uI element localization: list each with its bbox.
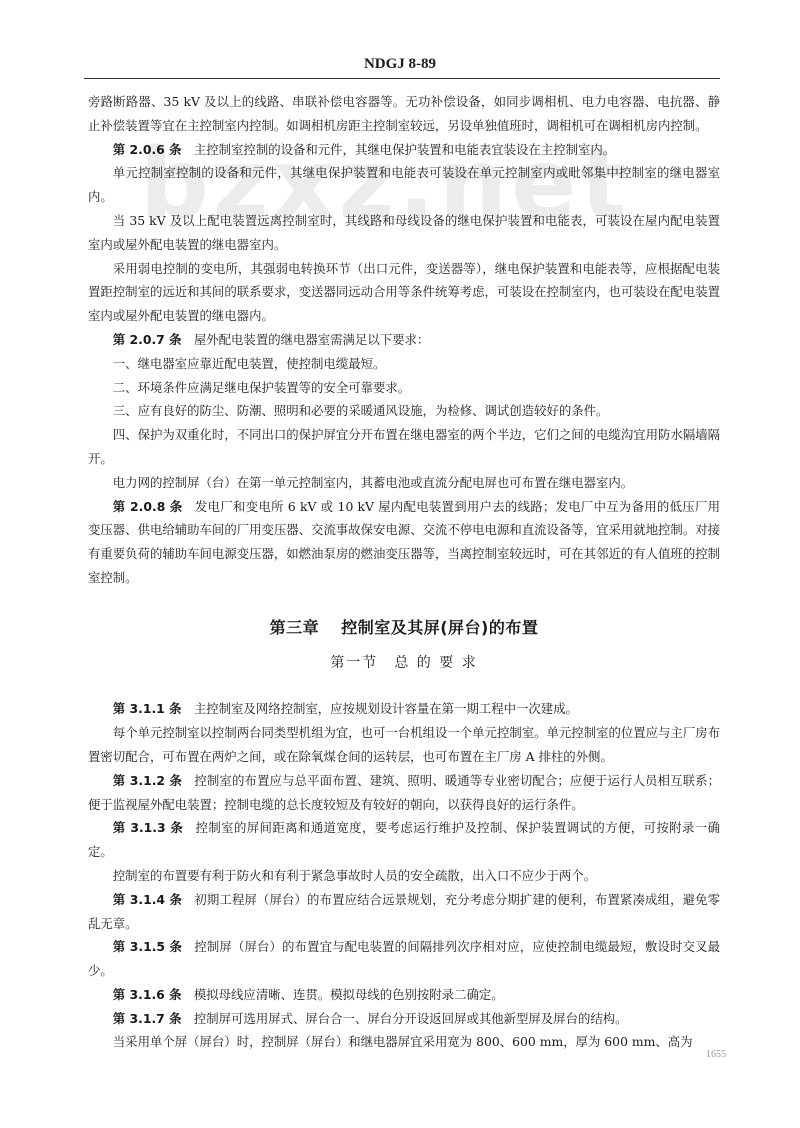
paragraph: 电力网的控制屏（台）在第一单元控制室内，其蓄电池或直流分配电屏也可布置在继电器室… bbox=[88, 471, 720, 495]
paragraph-text: 三、应有良好的防尘、防潮、照明和必要的采暖通风设施，为检修、调试创造较好的条件。 bbox=[113, 403, 609, 418]
paragraph-text: 主控制室及网络控制室，应按规划设计容量在第一期工程中一次建成。 bbox=[194, 701, 578, 716]
clause-paragraph: 第 3.1.5 条控制屏（屏台）的布置宜与配电装置的间隔排列次序相对应，应使控制… bbox=[88, 935, 720, 983]
paragraph-text: 采用弱电控制的变电所，其强弱电转换环节（出口元件，变送器等），继电保护装置和电能… bbox=[88, 261, 720, 324]
paragraph-text: 一、继电器室应靠近配电装置，使控制电缆最短。 bbox=[113, 356, 386, 371]
clause-number: 第 3.1.1 条 bbox=[113, 701, 182, 716]
paragraph-text: 单元控制室控制的设备和元件，其继电保护装置和电能表可装设在单元控制室内或毗邻集中… bbox=[88, 165, 720, 204]
clause-paragraph: 第 3.1.1 条主控制室及网络控制室，应按规划设计容量在第一期工程中一次建成。 bbox=[88, 697, 720, 721]
paragraph: 二、环境条件应满足继电保护装置等的安全可靠要求。 bbox=[88, 376, 720, 400]
section-number: 第一节 bbox=[330, 655, 378, 671]
page-header: NDGJ 8-89 bbox=[0, 56, 800, 73]
clause-paragraph: 第 2.0.6 条主控制室控制的设备和元件，其继电保护装置和电能表宜装设在主控制… bbox=[88, 138, 720, 162]
document-body: 旁路断路器、35 kV 及以上的线路、串联补偿电容器等。无功补偿设备，如同步调相… bbox=[88, 90, 720, 1054]
chapter-title: 控制室及其屏(屏台)的布置 bbox=[341, 618, 538, 637]
paragraph-text: 电力网的控制屏（台）在第一单元控制室内，其蓄电池或直流分配电屏也可布置在继电器室… bbox=[113, 475, 633, 490]
paragraph: 采用弱电控制的变电所，其强弱电转换环节（出口元件，变送器等），继电保护装置和电能… bbox=[88, 257, 720, 328]
paragraph: 当采用单个屏（屏台）时，控制屏（屏台）和继电器屏宜采用宽为 800、600 mm… bbox=[88, 1030, 720, 1054]
paragraph-text: 四、保护为双重化时，不同出口的保护屏宜分开布置在继电器室的两个半边，它们之间的电… bbox=[88, 427, 720, 466]
clause-paragraph: 第 3.1.2 条控制室的布置应与总平面布置、建筑、照明、暖通等专业密切配合；应… bbox=[88, 769, 720, 817]
section-heading: 第一节总 的 要 求 bbox=[88, 652, 720, 676]
clause-paragraph: 第 3.1.6 条模拟母线应清晰、连贯。模拟母线的色别按附录二确定。 bbox=[88, 983, 720, 1007]
paragraph-text: 控制室的布置应与总平面布置、建筑、照明、暖通等专业密切配合；应便于运行人员相互联… bbox=[88, 773, 720, 812]
paragraph: 四、保护为双重化时，不同出口的保护屏宜分开布置在继电器室的两个半边，它们之间的电… bbox=[88, 423, 720, 471]
paragraph-text: 主控制室控制的设备和元件，其继电保护装置和电能表宜装设在主控制室内。 bbox=[194, 142, 615, 157]
paragraph-text: 当采用单个屏（屏台）时，控制屏（屏台）和继电器屏宜采用宽为 800、600 mm… bbox=[113, 1034, 693, 1049]
paragraph: 单元控制室控制的设备和元件，其继电保护装置和电能表可装设在单元控制室内或毗邻集中… bbox=[88, 161, 720, 209]
paragraph: 旁路断路器、35 kV 及以上的线路、串联补偿电容器等。无功补偿设备，如同步调相… bbox=[88, 90, 720, 138]
paragraph: 当 35 kV 及以上配电装置远离控制室时，其线路和母线设备的继电保护装置和电能… bbox=[88, 209, 720, 257]
paragraph-text: 当 35 kV 及以上配电装置远离控制室时，其线路和母线设备的继电保护装置和电能… bbox=[88, 213, 720, 252]
section-title: 总 的 要 求 bbox=[394, 655, 477, 671]
clause-number: 第 2.0.7 条 bbox=[113, 332, 182, 347]
section-3-1: 第 3.1.1 条主控制室及网络控制室，应按规划设计容量在第一期工程中一次建成。… bbox=[88, 697, 720, 1054]
clause-number: 第 2.0.8 条 bbox=[113, 499, 183, 514]
header-rule bbox=[84, 78, 720, 79]
paragraph-text: 每个单元控制室以控制两台同类型机组为宜，也可一台机组设一个单元控制室。单元控制室… bbox=[88, 725, 720, 764]
clause-number: 第 2.0.6 条 bbox=[113, 142, 182, 157]
clause-paragraph: 第 3.1.7 条控制屏可选用屏式、屏台合一、屏台分开设返回屏或其他新型屏及屏台… bbox=[88, 1007, 720, 1031]
paragraph: 控制室的布置要有利于防火和有利于紧急事故时人员的安全疏散，出入口不应少于两个。 bbox=[88, 864, 720, 888]
clause-paragraph: 第 2.0.7 条屋外配电装置的继电器室需满足以下要求： bbox=[88, 328, 720, 352]
clause-number: 第 3.1.3 条 bbox=[113, 820, 183, 835]
paragraph-text: 控制屏（屏台）的布置宜与配电装置的间隔排列次序相对应，应使控制电缆最短，敷设时交… bbox=[88, 939, 720, 978]
clause-paragraph: 第 3.1.4 条初期工程屏（屏台）的布置应结合远景规划，充分考虑分期扩建的便利… bbox=[88, 888, 720, 936]
page-number: 1655 bbox=[706, 1049, 726, 1060]
paragraph-text: 屋外配电装置的继电器室需满足以下要求： bbox=[194, 332, 429, 347]
clause-number: 第 3.1.5 条 bbox=[113, 939, 182, 954]
clause-number: 第 3.1.6 条 bbox=[113, 987, 182, 1002]
chapter-number: 第三章 bbox=[270, 618, 320, 637]
paragraph: 三、应有良好的防尘、防潮、照明和必要的采暖通风设施，为检修、调试创造较好的条件。 bbox=[88, 399, 720, 423]
paragraph-text: 控制屏可选用屏式、屏台合一、屏台分开设返回屏或其他新型屏及屏台的结构。 bbox=[194, 1011, 628, 1026]
paragraph: 一、继电器室应靠近配电装置，使控制电缆最短。 bbox=[88, 352, 720, 376]
paragraph-text: 二、环境条件应满足继电保护装置等的安全可靠要求。 bbox=[113, 380, 410, 395]
clause-paragraph: 第 2.0.8 条发电厂和变电所 6 kV 或 10 kV 屋内配电装置到用户去… bbox=[88, 495, 720, 590]
paragraph-text: 旁路断路器、35 kV 及以上的线路、串联补偿电容器等。无功补偿设备，如同步调相… bbox=[88, 94, 720, 133]
clause-paragraph: 第 3.1.3 条控制室的屏间距离和通道宽度，要考虑运行维护及控制、保护装置调试… bbox=[88, 816, 720, 864]
paragraph-text: 控制室的布置要有利于防火和有利于紧急事故时人员的安全疏散，出入口不应少于两个。 bbox=[113, 868, 596, 883]
clause-number: 第 3.1.4 条 bbox=[113, 892, 182, 907]
chapter-heading: 第三章控制室及其屏(屏台)的布置 bbox=[88, 616, 720, 640]
paragraph-text: 初期工程屏（屏台）的布置应结合远景规划，充分考虑分期扩建的便利，布置紧凑成组，避… bbox=[88, 892, 720, 931]
paragraph: 每个单元控制室以控制两台同类型机组为宜，也可一台机组设一个单元控制室。单元控制室… bbox=[88, 721, 720, 769]
clause-number: 第 3.1.7 条 bbox=[113, 1011, 182, 1026]
clause-number: 第 3.1.2 条 bbox=[113, 773, 182, 788]
paragraph-text: 模拟母线应清晰、连贯。模拟母线的色别按附录二确定。 bbox=[194, 987, 504, 1002]
section-2-0: 旁路断路器、35 kV 及以上的线路、串联补偿电容器等。无功补偿设备，如同步调相… bbox=[88, 90, 720, 590]
